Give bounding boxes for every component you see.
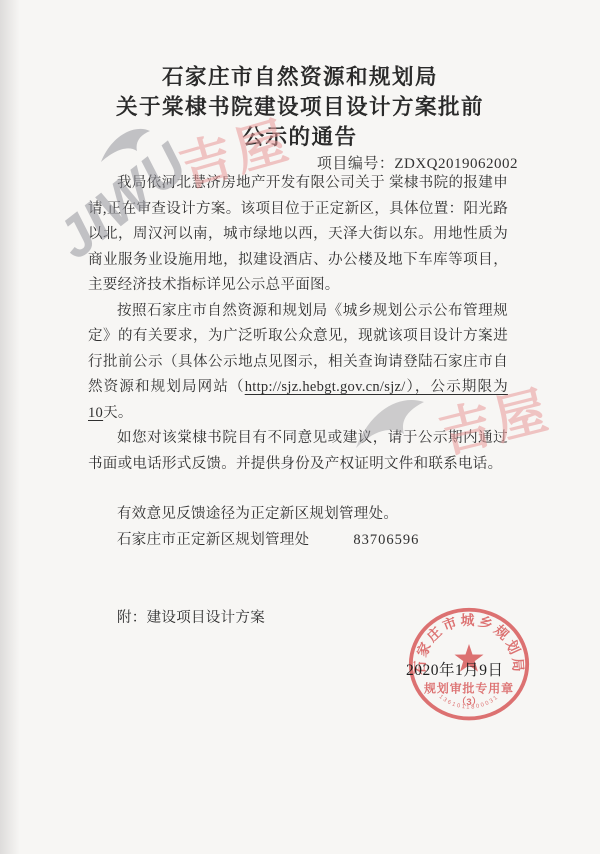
document-body: 我局依河北慧济房地产开发有限公司关于 棠棣书院的报建申请,正在审查设计方案。该项… [88,171,508,632]
paragraph-2-tail: 天。 [103,405,133,421]
feedback-channel-line: 有效意见反馈途径为正定新区规划管理处。 [88,502,508,528]
paragraph-3: 如您对该棠棣书院目有不同意见或建议，请于公示期内通过书面或电话形式反馈。并提供身… [88,426,508,477]
title-line-3: 公示的通告 [0,122,600,152]
scanned-notice-document: 石家庄市自然资源和规划局 关于棠棣书院建设项目设计方案批前 公示的通告 项目编号… [0,0,600,854]
paragraph-2: 按照石家庄市自然资源和规划局《城乡规划公示公布管理规定》的有关要求，为广泛听取公… [88,299,508,427]
issue-date: 2020年1月9日 [406,658,504,680]
seal-purpose-text: 规划审批专用章 [423,682,514,696]
document-title: 石家庄市自然资源和规划局 关于棠棣书院建设项目设计方案批前 公示的通告 [0,62,600,152]
project-number: 项目编号：ZDXQ2019062002 [317,152,518,173]
title-line-2: 关于棠棣书院建设项目设计方案批前 [0,92,600,122]
paragraph-1: 我局依河北慧济房地产开发有限公司关于 棠棣书院的报建申请,正在审查设计方案。该项… [88,171,508,299]
contact-line: 石家庄市正定新区规划管理处83706596 [88,528,508,554]
contact-phone-number: 83706596 [353,532,419,548]
title-line-1: 石家庄市自然资源和规划局 [0,62,600,92]
contact-office-name: 石家庄市正定新区规划管理处 [117,532,309,548]
